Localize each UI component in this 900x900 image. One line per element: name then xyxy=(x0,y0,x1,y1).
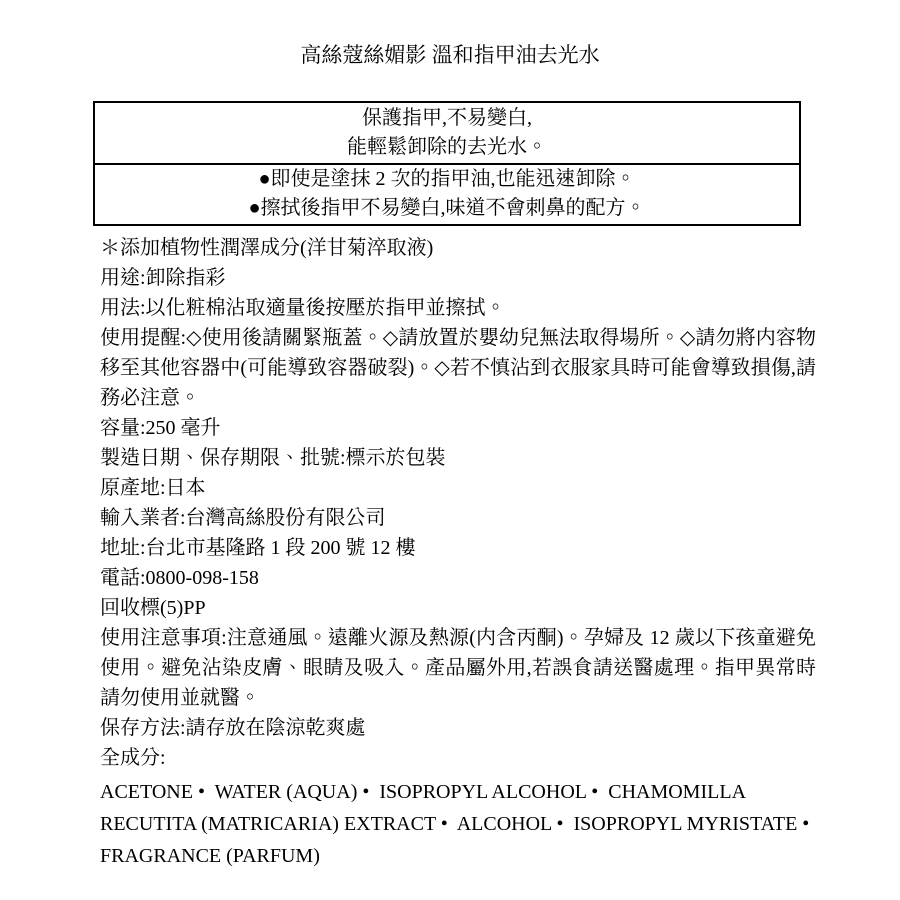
claims-box: 保護指甲,不易變白, 能輕鬆卸除的去光水。 ●即使是塗抹 2 次的指甲油,也能迅… xyxy=(93,101,801,226)
claims-headline-line: 保護指甲,不易變白, xyxy=(95,104,799,133)
claims-bullets-section: ●即使是塗抹 2 次的指甲油,也能迅速卸除。 ●擦拭後指甲不易變白,味道不會刺鼻… xyxy=(95,165,799,224)
claims-headline-line: 能輕鬆卸除的去光水。 xyxy=(95,133,799,162)
claims-bullet-line: ●即使是塗抹 2 次的指甲油,也能迅速卸除。 xyxy=(95,165,799,194)
claims-bullet-line: ●擦拭後指甲不易變白,味道不會刺鼻的配方。 xyxy=(95,194,799,223)
product-title: 高絲蔻絲媚影 溫和指甲油去光水 xyxy=(0,0,900,67)
importer: 輸入業者:台灣高絲股份有限公司 xyxy=(100,503,816,533)
product-details: ＊添加植物性潤澤成分(洋甘菊淬取液) 用途:卸除指彩 用法:以化粧棉沾取適量後按… xyxy=(100,233,816,872)
recycle-mark: 回收標(5)PP xyxy=(100,593,816,623)
usage-reminder: 使用提醒:◇使用後請關緊瓶蓋。◇請放置於嬰幼兒無法取得場所。◇請勿將内容物移至其… xyxy=(100,323,816,413)
date-batch-info: 製造日期、保存期限、批號:標示於包裝 xyxy=(100,443,816,473)
storage-method: 保存方法:請存放在陰涼乾爽處 xyxy=(100,713,816,743)
usage-cautions: 使用注意事項:注意通風。遠離火源及熱源(内含丙酮)。孕婦及 12 歲以下孩童避免… xyxy=(100,623,816,713)
address: 地址:台北市基隆路 1 段 200 號 12 樓 xyxy=(100,533,816,563)
claims-headline-section: 保護指甲,不易變白, 能輕鬆卸除的去光水。 xyxy=(95,103,799,165)
usage-purpose: 用途:卸除指彩 xyxy=(100,263,816,293)
note-plant-extract: ＊添加植物性潤澤成分(洋甘菊淬取液) xyxy=(100,233,816,263)
document-page: 高絲蔻絲媚影 溫和指甲油去光水 保護指甲,不易變白, 能輕鬆卸除的去光水。 ●即… xyxy=(0,0,900,900)
ingredients-heading: 全成分: xyxy=(100,743,816,773)
ingredients-list: ACETONE • WATER (AQUA) • ISOPROPYL ALCOH… xyxy=(100,776,816,872)
capacity: 容量:250 毫升 xyxy=(100,413,816,443)
origin: 原產地:日本 xyxy=(100,473,816,503)
phone: 電話:0800-098-158 xyxy=(100,563,816,593)
usage-method: 用法:以化粧棉沾取適量後按壓於指甲並擦拭。 xyxy=(100,293,816,323)
